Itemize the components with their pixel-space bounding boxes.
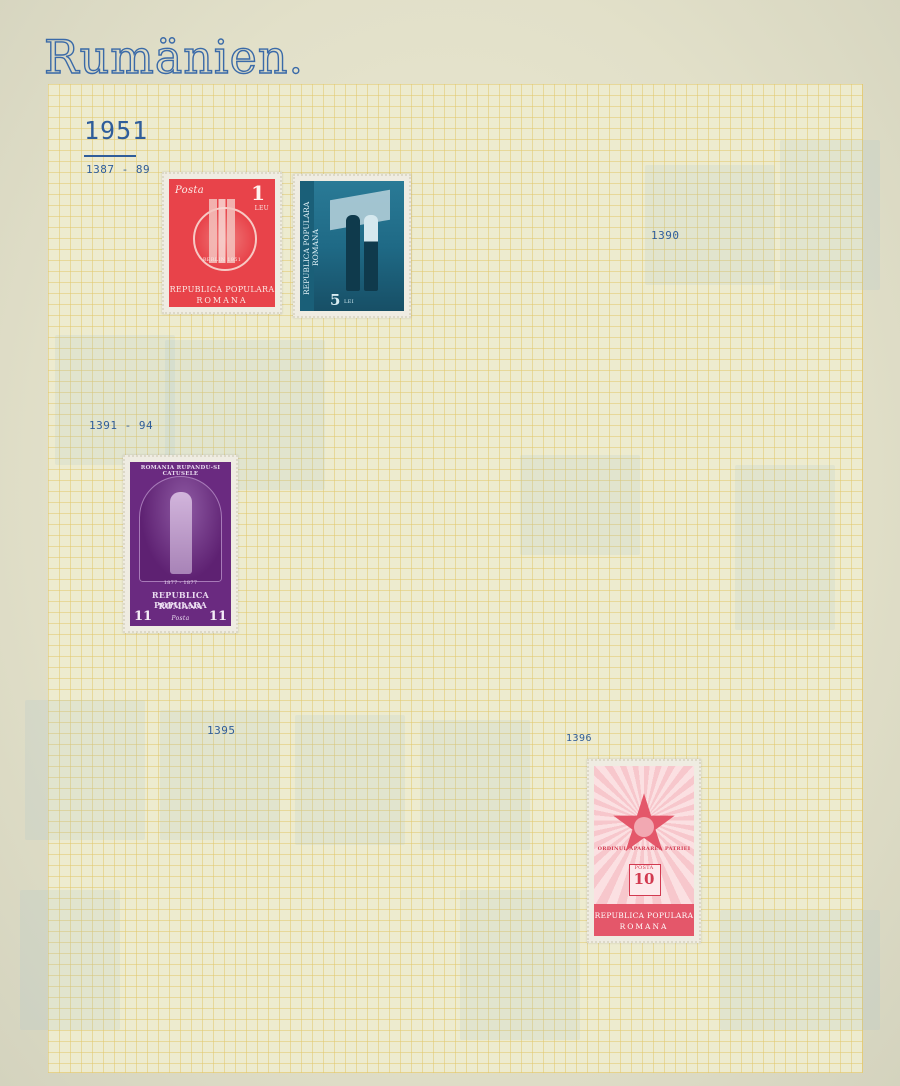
year-label: 1951 bbox=[84, 116, 148, 145]
catalog-label-1390: 1390 bbox=[651, 229, 680, 242]
catalog-label-1395: 1395 bbox=[207, 724, 236, 737]
stamp-value: 5 bbox=[330, 291, 340, 309]
ghost-mark bbox=[720, 910, 880, 1030]
year-underline bbox=[84, 155, 136, 157]
dancer-figure-icon bbox=[346, 215, 360, 291]
stamp-value: 1 bbox=[251, 181, 265, 205]
country-heading: Rumänien. bbox=[44, 30, 304, 84]
dancer-figure-icon bbox=[364, 215, 378, 291]
ghost-mark bbox=[25, 700, 145, 840]
catalog-label-1391-94: 1391 - 94 bbox=[89, 419, 153, 432]
ghost-mark bbox=[55, 335, 175, 465]
country-line-1: REPUBLICA POPULARA bbox=[594, 911, 694, 920]
flag-icon bbox=[330, 190, 390, 231]
country-line-2: ROMANA bbox=[594, 922, 694, 931]
ghost-mark bbox=[735, 465, 835, 630]
emblem-text: BERLIN 1951 bbox=[169, 257, 275, 263]
ghost-mark bbox=[420, 720, 530, 850]
stamp-side-text: REPUBLICA POPULARA ROMANA bbox=[302, 185, 312, 311]
stamp-1-leu-red[interactable]: Posta 1 LEU BERLIN 1951 REPUBLICA POPULA… bbox=[162, 172, 282, 314]
catalog-label-1387-89: 1387 - 89 bbox=[86, 163, 150, 176]
stamp-11-lei-purple[interactable]: ROMANIA RUPANDU-SI CATUSELE 1877 - 1877 … bbox=[123, 455, 238, 633]
posta-text: Posta bbox=[175, 185, 204, 196]
ghost-mark bbox=[20, 890, 120, 1030]
youth-figures-icon bbox=[209, 199, 235, 263]
country-line-1: REPUBLICA POPULARA bbox=[169, 285, 275, 294]
ghost-mark bbox=[295, 715, 405, 845]
ghost-mark bbox=[460, 890, 580, 1040]
ghost-mark bbox=[520, 455, 640, 555]
stamp-10-lei-pink[interactable]: ORDINUL APARAREA PATRIEI POSTA 10 REPUBL… bbox=[587, 759, 701, 943]
emblem-center-icon bbox=[634, 817, 654, 837]
catalog-label-1396: 1396 bbox=[566, 733, 592, 744]
stamp-dates: 1877 - 1877 bbox=[130, 580, 231, 586]
stamp-currency: LEI bbox=[344, 299, 354, 305]
posta-text: Posta bbox=[130, 615, 231, 622]
country-line-2: ROMANA bbox=[169, 296, 275, 305]
ribbon-text: ORDINUL APARAREA PATRIEI bbox=[594, 846, 694, 852]
stamp-5-lei-blue[interactable]: REPUBLICA POPULARA ROMANA 5 LEI bbox=[293, 174, 411, 318]
ghost-mark bbox=[645, 165, 775, 285]
stamp-currency: LEU bbox=[255, 205, 269, 212]
album-page: Rumänien. 1951 1387 - 89 1390 1391 - 94 … bbox=[0, 0, 900, 1086]
stamp-value: 10 bbox=[594, 870, 694, 888]
liberty-figure-icon bbox=[170, 492, 192, 574]
ghost-mark bbox=[780, 140, 880, 290]
